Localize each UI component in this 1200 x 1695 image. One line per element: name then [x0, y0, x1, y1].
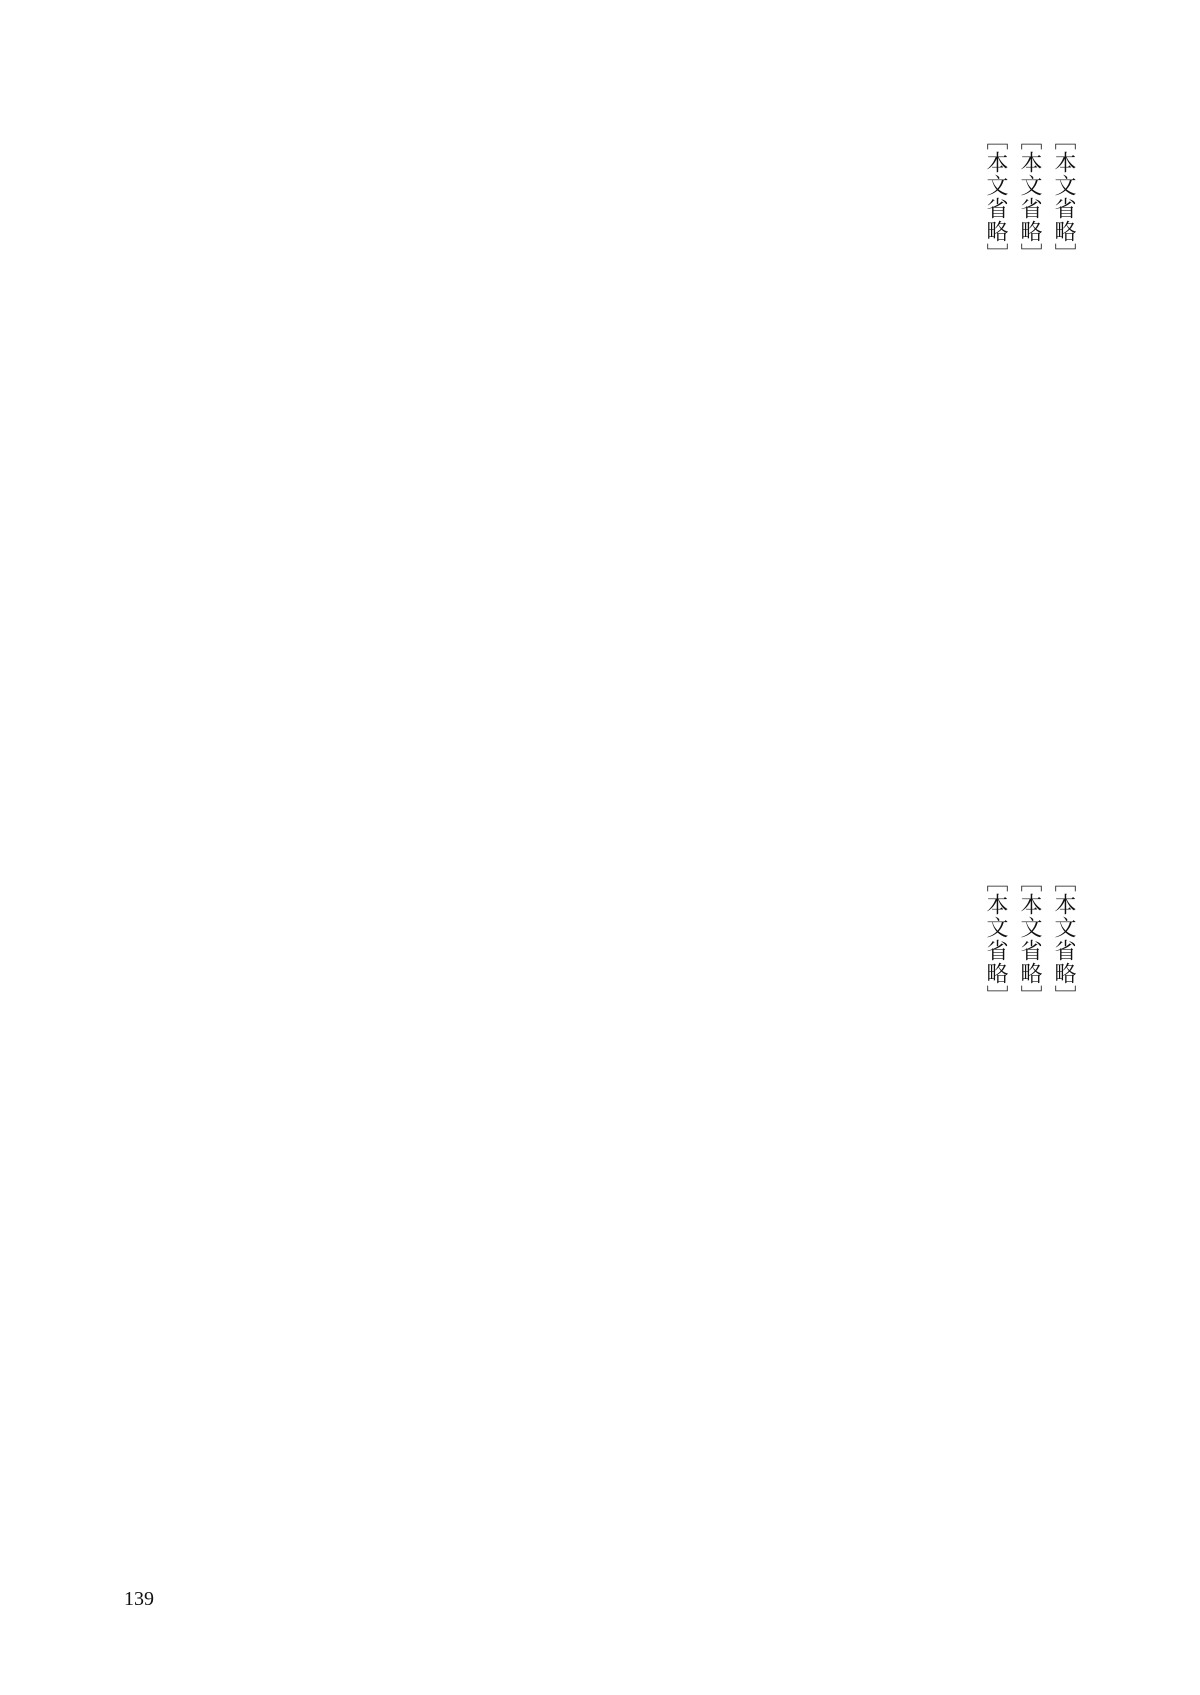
text-line: ［本文省略］: [978, 128, 1012, 788]
text-line: ［本文省略］: [1046, 128, 1080, 788]
text-block-top: ［本文省略］ ［本文省略］ ［本文省略］: [240, 128, 1080, 788]
text-line: ［本文省略］: [1046, 870, 1080, 1530]
page-number: 139: [124, 1588, 154, 1611]
text-line: ［本文省略］: [978, 870, 1012, 1530]
text-line: ［本文省略］: [1012, 128, 1046, 788]
text-line: ［本文省略］: [1012, 870, 1046, 1530]
text-block-bottom: ［本文省略］ ［本文省略］ ［本文省略］: [240, 870, 1080, 1530]
